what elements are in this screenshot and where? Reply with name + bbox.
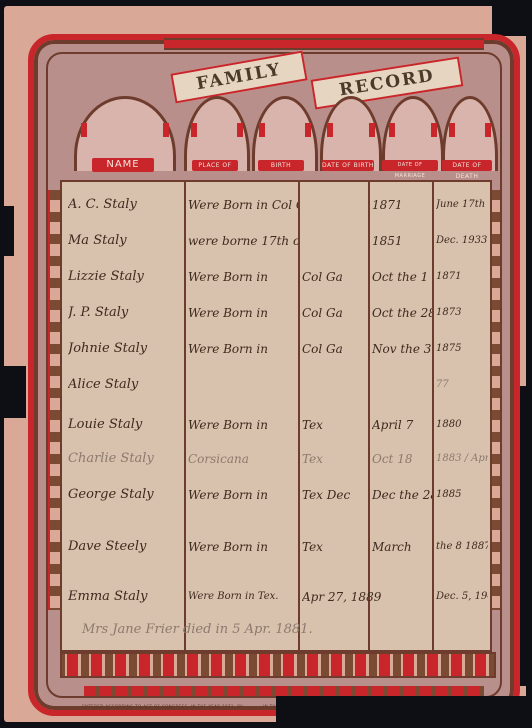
birth-cell (302, 224, 368, 258)
record-row: Lizzie Staly Were Born in Col Ga Oct the… (62, 260, 490, 294)
name-cell: Charlie Staly (68, 442, 182, 476)
column-label-place-of: PLACE OF (192, 160, 238, 171)
death-cell: June 17th 1896 (436, 188, 488, 222)
record-row: A. C. Staly Were Born in Col Ga 1845 187… (62, 188, 490, 222)
record-row: Dave Steely Were Born in Tex March the 8… (62, 530, 490, 564)
marriage-cell: 1871 (372, 188, 432, 222)
paper-tear-top-right (492, 6, 526, 36)
name-cell: Emma Staly (68, 580, 182, 614)
death-cell: 1883 / Apr 1931 (436, 442, 488, 476)
marriage-cell (372, 580, 432, 614)
family-record-document: FAMILY RECORD NAME PLACE OF BIRTH DATE O… (4, 6, 526, 722)
place-cell: Were Born in (188, 530, 298, 564)
death-cell: 1875 (436, 332, 488, 366)
marriage-cell (372, 368, 432, 402)
name-cell: Ma Staly (68, 224, 182, 258)
record-row: Alice Staly 77 (62, 368, 490, 402)
column-label-birth: BIRTH (258, 160, 304, 171)
record-row: Emma Staly Were Born in Tex. Apr 27, 188… (62, 580, 490, 614)
footnote-pencil: Mrs Jane Frier died in 5 Apr. 1881. (82, 622, 482, 637)
place-cell: Were Born in (188, 296, 298, 330)
paper-tear-bottom-right (276, 696, 526, 728)
base-ornament-band (60, 652, 496, 678)
place-cell: Were Born in (188, 260, 298, 294)
marriage-cell: April 7 (372, 408, 432, 442)
birth-cell: Col Ga (302, 260, 368, 294)
bottom-zigzag-band (84, 686, 484, 696)
name-cell: Alice Staly (68, 368, 182, 402)
death-cell: 1873 (436, 296, 488, 330)
place-cell: Were Born in (188, 408, 298, 442)
death-cell: Dec. 1933 (436, 224, 488, 258)
marriage-cell: March (372, 530, 432, 564)
death-cell: Dec. 5, 1944 (436, 580, 488, 614)
death-cell: 1885 (436, 478, 488, 512)
birth-cell (302, 188, 368, 222)
death-cell: 1880 (436, 408, 488, 442)
death-cell: the 8 1887 (436, 530, 488, 564)
birth-cell (302, 368, 368, 402)
column-label-date-of-marriage: DATE OF MARRIAGE (382, 160, 438, 171)
record-row: Charlie Staly Corsicana Tex Oct 18 1883 … (62, 442, 490, 476)
death-cell: 1871 (436, 260, 488, 294)
name-cell: George Staly (68, 478, 182, 512)
place-cell: Were Born in (188, 478, 298, 512)
birth-cell: Col Ga (302, 332, 368, 366)
marriage-cell: 1851 (372, 224, 432, 258)
birth-cell: Tex (302, 442, 368, 476)
ornamental-frame: FAMILY RECORD NAME PLACE OF BIRTH DATE O… (28, 34, 520, 716)
paper-tear-left-lower (4, 366, 26, 418)
name-cell: A. C. Staly (68, 188, 182, 222)
marriage-cell: Oct the 28 (372, 296, 432, 330)
place-cell (188, 368, 298, 402)
marriage-cell: Oct the 1 (372, 260, 432, 294)
place-cell: Corsicana (188, 442, 298, 476)
column-label-name: NAME (92, 158, 154, 172)
death-cell: 77 (436, 368, 488, 402)
record-row: Johnie Staly Were Born in Col Ga Nov the… (62, 332, 490, 366)
record-row: George Staly Were Born in Tex Dec Dec th… (62, 478, 490, 512)
place-cell: were borne 17th of July (188, 224, 298, 258)
place-cell: Were Born in Tex. (188, 580, 298, 614)
birth-cell: Tex (302, 530, 368, 564)
birth-cell: Tex (302, 408, 368, 442)
marriage-cell: Oct 18 (372, 442, 432, 476)
record-row: J. P. Staly Were Born in Col Ga Oct the … (62, 296, 490, 330)
record-row: Louie Staly Were Born in Tex April 7 188… (62, 408, 490, 442)
paper-tear-left-upper (4, 206, 14, 256)
record-row: Ma Staly were borne 17th of July 1851 De… (62, 224, 490, 258)
top-band (164, 38, 484, 50)
place-cell: Were Born in (188, 332, 298, 366)
name-cell: Johnie Staly (68, 332, 182, 366)
place-cell: Were Born in Col Ga 1845 (188, 188, 298, 222)
marriage-cell: Dec the 28 (372, 478, 432, 512)
name-cell: Lizzie Staly (68, 260, 182, 294)
birth-cell: Col Ga (302, 296, 368, 330)
column-label-date-of-death: DATE OF DEATH (442, 160, 492, 171)
marriage-cell: Nov the 31 (372, 332, 432, 366)
name-cell: Louie Staly (68, 408, 182, 442)
name-cell: J. P. Staly (68, 296, 182, 330)
column-label-date-of-birth: DATE OF BIRTH (322, 160, 374, 171)
birth-cell: Tex Dec (302, 478, 368, 512)
name-cell: Dave Steely (68, 530, 182, 564)
record-table: A. C. Staly Were Born in Col Ga 1845 187… (60, 180, 492, 652)
